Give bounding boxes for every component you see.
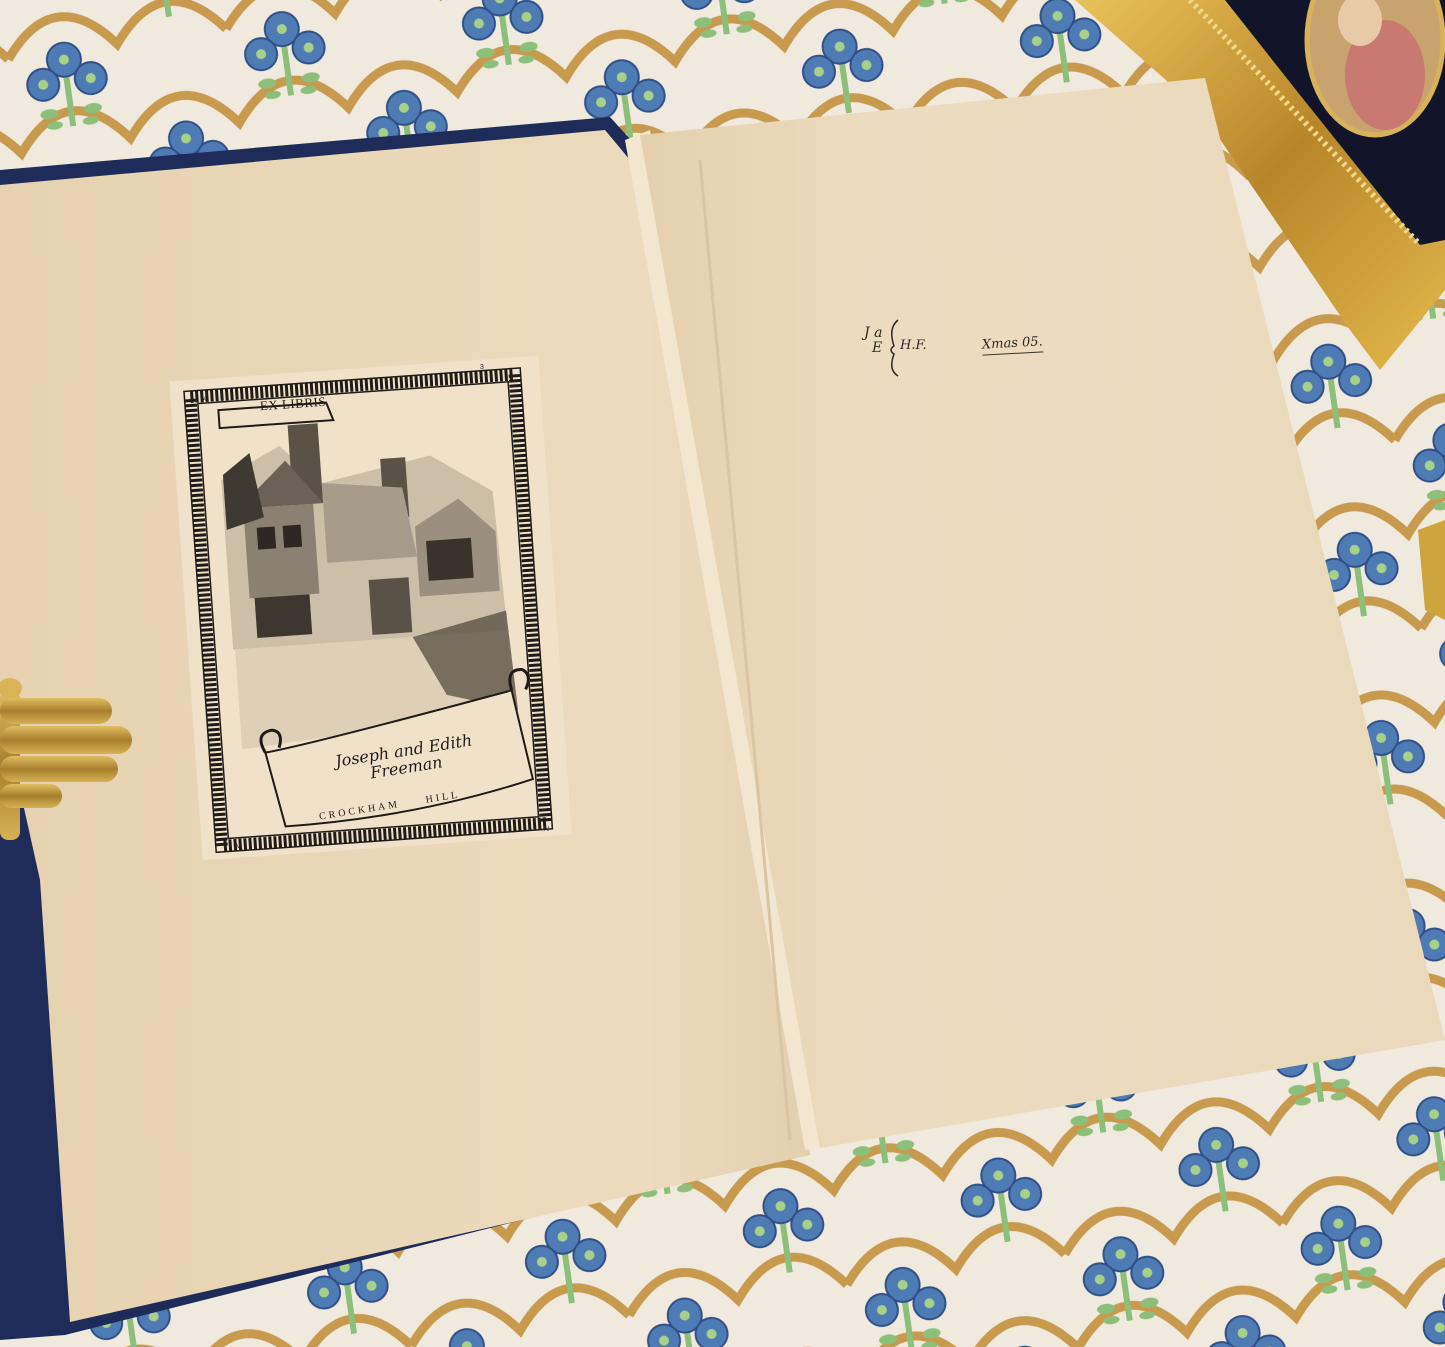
gold-ornament-right-edge [0, 0, 1445, 1347]
photo-scene: EX LIBRIS Joseph and Edith Freeman CROCK… [0, 0, 1445, 1347]
